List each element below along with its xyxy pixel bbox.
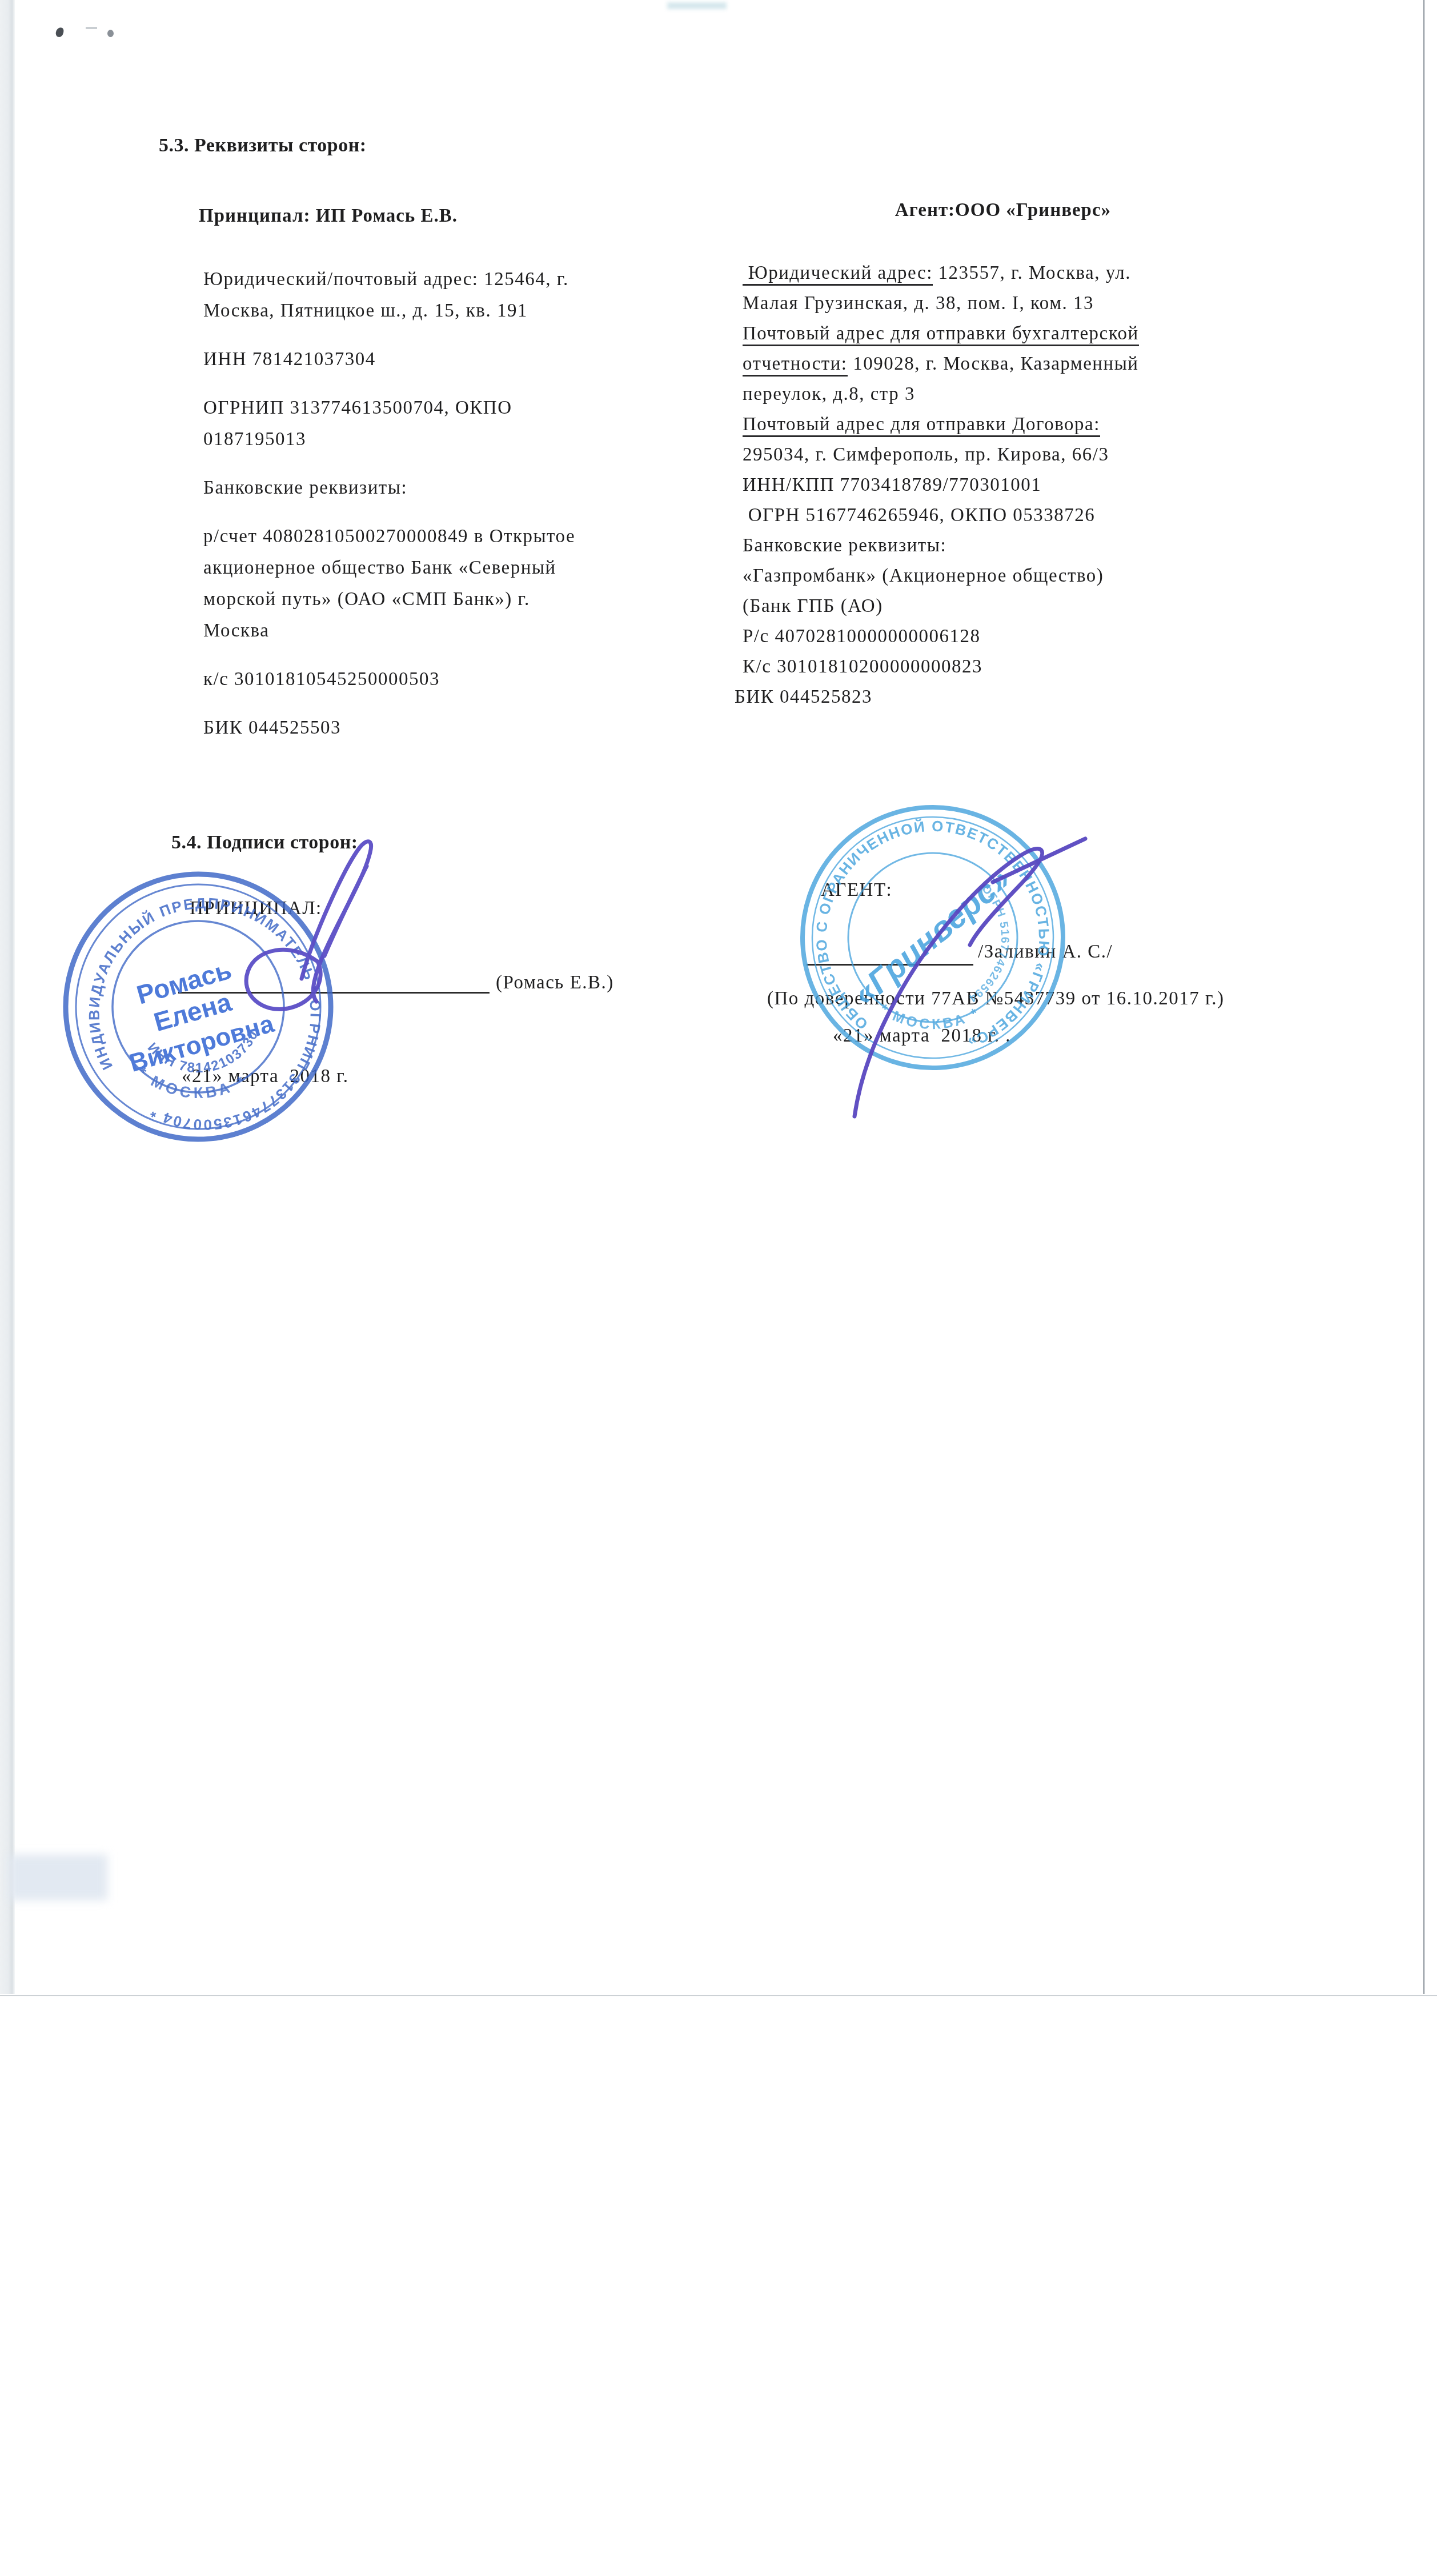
- text-line: Москва: [203, 615, 575, 647]
- scan-speck: [86, 27, 97, 29]
- text-line: отчетности: 109028, г. Москва, Казарменн…: [743, 349, 1139, 379]
- svg-text:ИНН 781421037304: ИНН 781421037304: [50, 858, 264, 1088]
- scan-left-edge: [0, 0, 15, 1994]
- agent-attorney-note: (По доверенности 77АВ №5437739 от 16.10.…: [767, 988, 1225, 1010]
- scanned-contract-page: 5.3. Реквизиты сторон: Принципал: ИП Ром…: [0, 0, 1456, 2571]
- principal-header: Принципал: ИП Ромась Е.В.: [199, 206, 458, 227]
- principal-signature-line: [178, 992, 490, 994]
- principal-name: (Ромась Е.В.): [496, 972, 614, 994]
- agent-handwritten-signature: [824, 818, 1098, 1121]
- agent-details: Юридический адрес: 123557, г. Москва, ул…: [743, 258, 1139, 712]
- svg-text:ОБЩЕСТВО С ОГРАНИЧЕННОЙ ОТВЕТС: ОБЩЕСТВО С ОГРАНИЧЕННОЙ ОТВЕТСТВЕННОСТЬЮ…: [807, 811, 1058, 1059]
- text-value: ИНН/КПП 7703418789/770301001: [743, 475, 1041, 495]
- text-line: ИНН/КПП 7703418789/770301001: [743, 470, 1139, 500]
- text-value: Р/с 40702810000000006128: [743, 626, 980, 647]
- stamp-owner-name: Ромась Елена Викторовна: [109, 947, 278, 1078]
- text-value: Малая Грузинская, д. 38, пом. I, ком. 13: [743, 293, 1094, 314]
- scan-page-bottom-line: [0, 1995, 1437, 1996]
- text-value: 295034, г. Симферополь, пр. Кирова, 66/3: [743, 444, 1109, 465]
- text-line: ОГРН 5167746265946, ОКПО 05338726: [743, 500, 1139, 531]
- text-line: к/с 30101810545250000503: [203, 664, 575, 695]
- text-line: БИК 044525503: [203, 712, 575, 744]
- agent-date: «21» марта 2018 г. .: [833, 1026, 1011, 1047]
- svg-text:ИНДИВИДУАЛЬНЫЙ ПРЕДПРИНИМАТЕЛЬ: ИНДИВИДУАЛЬНЫЙ ПРЕДПРИНИМАТЕЛЬ * ОГРНИП …: [75, 884, 334, 1143]
- section-5-4-title: 5.4. Подписи сторон:: [171, 832, 358, 854]
- underlined-label: Почтовый адрес для отправки бухгалтерско…: [743, 323, 1139, 346]
- text-value: 109028, г. Москва, Казарменный: [848, 354, 1139, 374]
- text-line: Москва, Пятницкое ш., д. 15, кв. 191: [203, 295, 575, 327]
- text-value: Банковские реквизиты:: [743, 535, 946, 556]
- text-value: К/с 30101810200000000823: [743, 656, 982, 677]
- text-line: 0187195013: [203, 424, 575, 455]
- principal-date: «21» марта 2018 г.: [182, 1066, 348, 1087]
- text-line: Юридический адрес: 123557, г. Москва, ул…: [743, 258, 1139, 289]
- stamp-ring-text: ОБЩЕСТВО С ОГРАНИЧЕННОЙ ОТВЕТСТВЕННОСТЬЮ…: [807, 811, 1058, 1059]
- text-value: ОГРН 5167746265946, ОКПО 05338726: [743, 505, 1095, 526]
- agent-role-label: АГЕНТ:: [821, 880, 892, 901]
- text-value: 123557, г. Москва, ул.: [933, 263, 1131, 283]
- text-line: акционерное общество Банк «Северный: [203, 552, 575, 584]
- text-value: БИК 044525823: [735, 687, 872, 707]
- scan-bleedthrough-smudge: [9, 1855, 107, 1900]
- agent-signature-line: [807, 964, 973, 966]
- text-line: 295034, г. Симферополь, пр. Кирова, 66/3: [743, 440, 1139, 470]
- text-line: ОГРНИП 313774613500704, ОКПО: [203, 393, 575, 424]
- scan-speck: [55, 27, 64, 38]
- text-value: «Газпромбанк» (Акционерное общество): [743, 566, 1104, 586]
- principal-role-label: ПРИНЦИПАЛ:: [190, 898, 322, 919]
- stamp-ring-text: ИНДИВИДУАЛЬНЫЙ ПРЕДПРИНИМАТЕЛЬ * ОГРНИП …: [75, 884, 334, 1143]
- principal-details: Юридический/почтовый адрес: 125464, г. М…: [203, 264, 575, 744]
- agent-header: Агент:ООО «Гринверс»: [743, 200, 1264, 221]
- text-line: Р/с 40702810000000006128: [743, 622, 1139, 652]
- scan-right-edge-line: [1423, 0, 1425, 1994]
- text-value: (Банк ГПБ (АО): [743, 596, 883, 616]
- scan-top-smudge: [667, 2, 727, 9]
- text-line: Банковские реквизиты:: [203, 472, 575, 504]
- scan-speck: [107, 30, 114, 37]
- text-line: переулок, д.8, стр 3: [743, 379, 1139, 410]
- stamp-name-line: Ромась: [133, 955, 235, 1010]
- underlined-label: отчетности:: [743, 354, 848, 377]
- text-line: БИК 044525823: [735, 682, 1139, 712]
- underlined-label: Почтовый адрес для отправки Договора:: [743, 414, 1100, 437]
- svg-text:ОГРН 5167746265946: ОГРН 5167746265946: [792, 796, 1014, 1014]
- text-line: Банковские реквизиты:: [743, 531, 1139, 561]
- text-line: морской путь» (ОАО «СМП Банк») г.: [203, 584, 575, 615]
- text-line: ИНН 781421037304: [203, 344, 575, 375]
- text-line: р/счет 40802810500270000849 в Открытое: [203, 521, 575, 552]
- text-line: (Банк ГПБ (АО): [743, 591, 1139, 622]
- text-line: Малая Грузинская, д. 38, пом. I, ком. 13: [743, 289, 1139, 319]
- text-line: К/с 30101810200000000823: [743, 652, 1139, 682]
- stamp-ogrn-text: ОГРН 5167746265946: [792, 796, 1014, 1014]
- stamp-name-line: Елена: [151, 987, 235, 1037]
- text-value: переулок, д.8, стр 3: [743, 384, 915, 405]
- underlined-label: Юридический адрес:: [743, 263, 933, 286]
- text-line: Почтовый адрес для отправки бухгалтерско…: [743, 319, 1139, 349]
- text-line: Почтовый адрес для отправки Договора:: [743, 410, 1139, 440]
- agent-name: /Заливин А. С./: [978, 942, 1113, 963]
- section-5-3-title: 5.3. Реквизиты сторон:: [159, 135, 367, 157]
- text-line: Юридический/почтовый адрес: 125464, г.: [203, 264, 575, 295]
- text-line: «Газпромбанк» (Акционерное общество): [743, 561, 1139, 591]
- stamp-inn-text: ИНН 781421037304: [50, 858, 264, 1088]
